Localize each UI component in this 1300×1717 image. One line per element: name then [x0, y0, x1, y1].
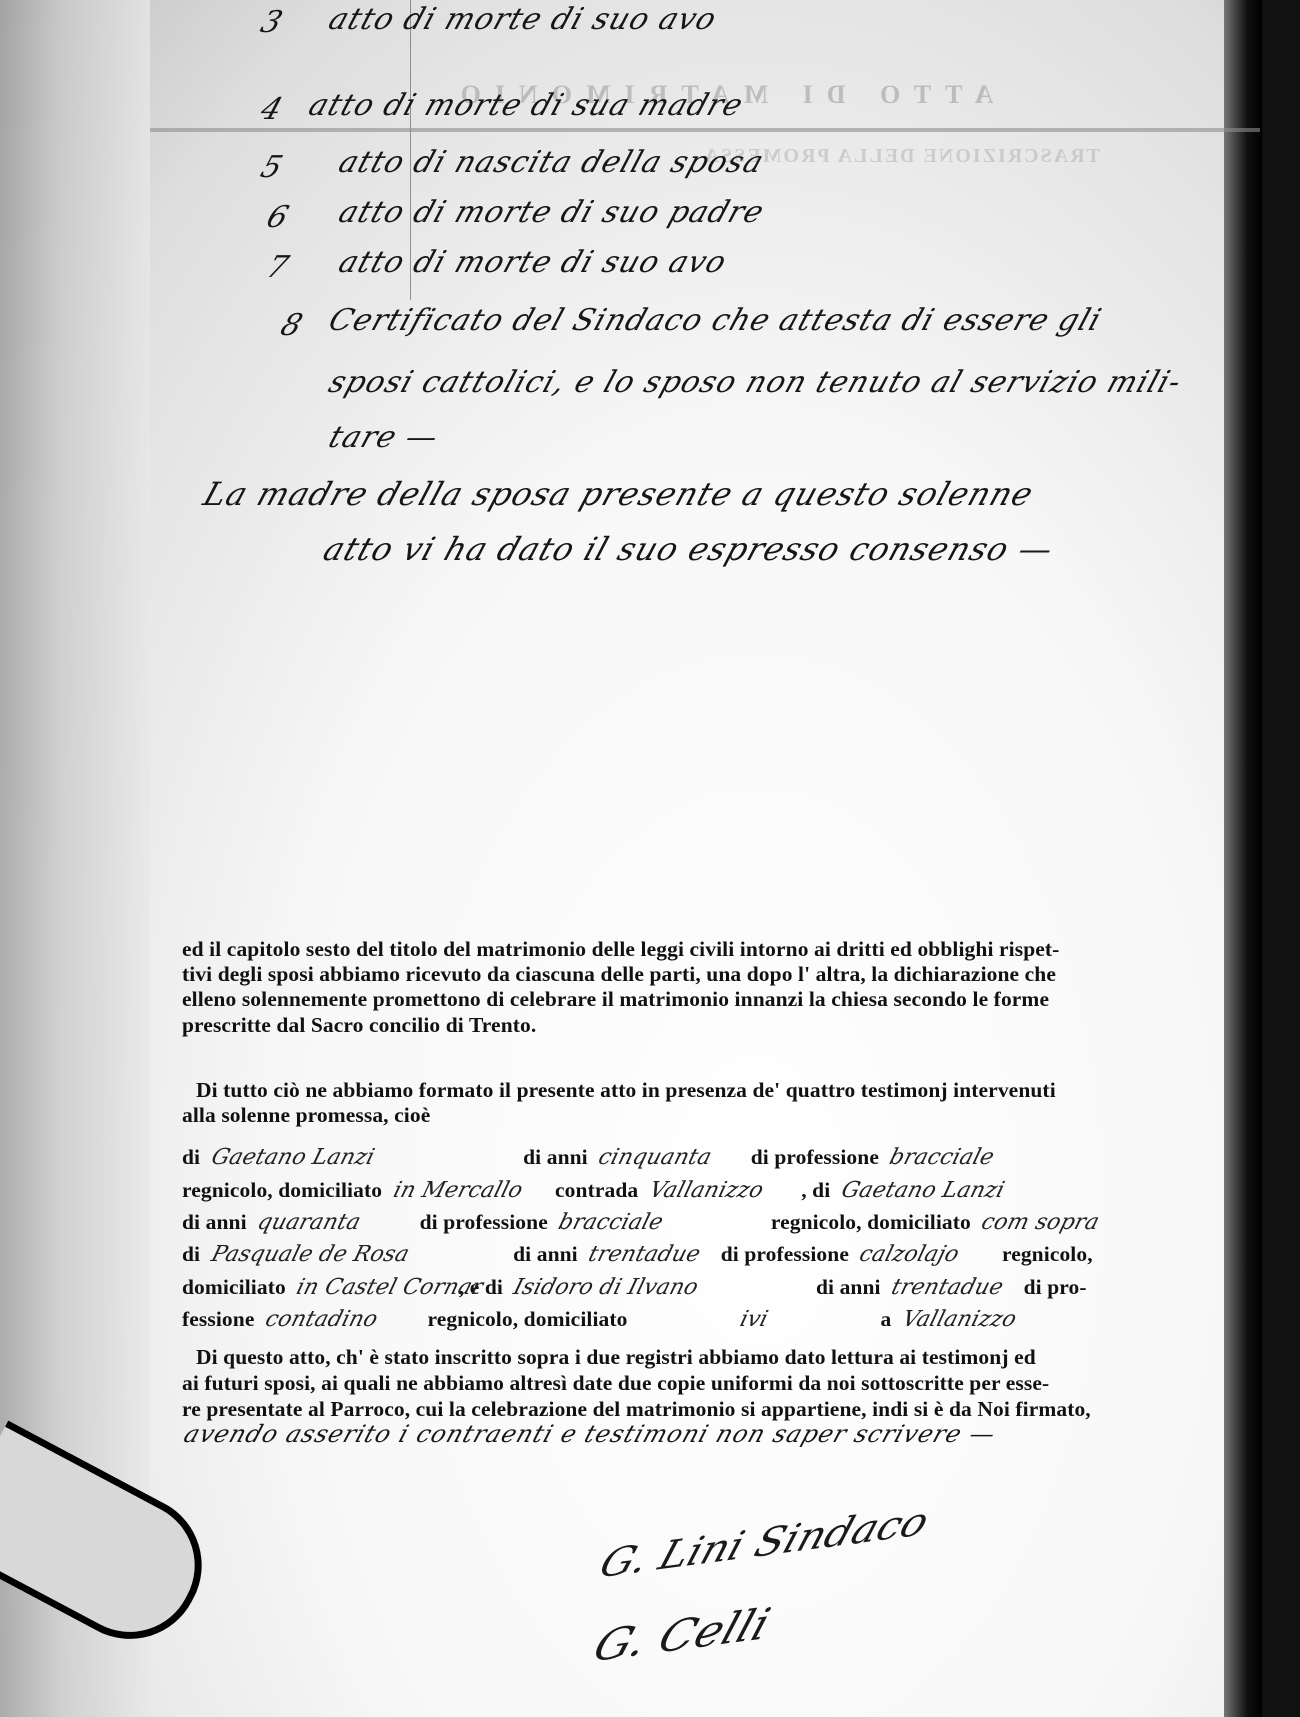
witness-1-profession: bracciale	[881, 1145, 1003, 1170]
witness-2-age: quaranta	[249, 1210, 418, 1235]
handwritten-note: La madre della sposa presente a questo s…	[199, 475, 1039, 513]
printed-line: prescritte dal Sacro concilio di Trento.	[182, 1013, 1262, 1038]
list-number: 3	[256, 5, 287, 40]
printed-line: elleno solennemente promettono di celebr…	[182, 987, 1262, 1012]
witness-3-name: Pasquale de Rosa	[202, 1242, 511, 1267]
witness-2-name: Gaetano Lanzi	[832, 1178, 1013, 1203]
list-item-continued: tare —	[324, 420, 443, 455]
label: regnicolo, domiciliato	[771, 1210, 971, 1234]
bleed-through-rule	[150, 128, 1260, 132]
signature: G. Lini Sindaco	[594, 1499, 934, 1587]
printed-line: re presentate al Parroco, cui la celebra…	[182, 1397, 1262, 1422]
list-item: atto di morte di suo padre	[334, 195, 769, 230]
witness-line-6: fessione contadino regnicolo, domiciliat…	[182, 1307, 1262, 1332]
printed-line: ai futuri sposi, ai quali ne abbiamo alt…	[182, 1371, 1262, 1396]
label: di professione	[721, 1242, 849, 1266]
label: , di	[801, 1178, 830, 1202]
label: fessione	[182, 1307, 254, 1331]
page-edge-shadow	[1224, 0, 1262, 1717]
witness-2-residence: com sopra	[973, 1210, 1108, 1235]
witness-1-residence: in Mercallo	[384, 1178, 553, 1203]
witness-4-age: trentadue	[883, 1275, 1022, 1300]
label: regnicolo,	[1002, 1242, 1093, 1266]
label: di pro-	[1024, 1275, 1087, 1299]
list-item: atto di morte di suo avo	[334, 245, 731, 280]
witness-4-residence: ivi	[630, 1307, 879, 1332]
printed-line: ed il capitolo sesto del titolo del matr…	[182, 937, 1262, 962]
witness-line-4: di Pasquale de Rosa di anni trentadue di…	[182, 1242, 1262, 1267]
witness-3-profession: calzolajo	[851, 1242, 1000, 1267]
label: di anni	[182, 1210, 247, 1234]
handwritten-closing: avendo asserito i contraenti e testimoni…	[180, 1420, 999, 1448]
printed-line: tivi degli sposi abbiamo ricevuto da cia…	[182, 962, 1262, 987]
list-number: 5	[256, 150, 287, 185]
list-item: atto di morte di sua madre	[304, 88, 748, 123]
witness-line-3: di anni quaranta di professione braccial…	[182, 1210, 1262, 1235]
witness-2-profession: bracciale	[550, 1210, 769, 1235]
label: regnicolo, domiciliato	[427, 1307, 627, 1331]
label: di anni	[513, 1242, 578, 1266]
witness-1-street: Vallanizzo	[640, 1178, 799, 1203]
document-page: ATTO DI MATRIMONIO TRASCRIZIONE DELLA PR…	[0, 0, 1262, 1717]
label: regnicolo, domiciliato	[182, 1178, 382, 1202]
list-item-continued: sposi cattolici, e lo sposo non tenuto a…	[324, 365, 1186, 400]
printed-line: Di questo atto, ch' è stato inscritto so…	[182, 1345, 1262, 1370]
label: di anni	[816, 1275, 881, 1299]
label: di	[182, 1242, 200, 1266]
list-number: 8	[276, 308, 307, 343]
handwritten-note: atto vi ha dato il suo espresso consenso…	[319, 530, 1059, 568]
witness-3-residence: in Castel Cornar	[288, 1275, 457, 1300]
witness-line-2: regnicolo, domiciliato in Mercallo contr…	[182, 1178, 1262, 1203]
printed-line: Di tutto ciò ne abbiamo formato il prese…	[182, 1078, 1262, 1103]
witness-3-age: trentadue	[580, 1242, 719, 1267]
label: domiciliato	[182, 1275, 286, 1299]
label: di	[182, 1145, 200, 1169]
label: di professione	[420, 1210, 548, 1234]
witness-1-age: cinquanta	[590, 1145, 749, 1170]
list-number: 6	[262, 200, 293, 235]
witness-1-name: Gaetano Lanzi	[202, 1145, 521, 1170]
printed-line: alla solenne promessa, cioè	[182, 1103, 1262, 1128]
list-item: Certificato del Sindaco che attesta di e…	[324, 303, 1106, 338]
list-item: atto di nascita della sposa	[334, 145, 768, 180]
label: di professione	[751, 1145, 879, 1169]
label: contrada	[555, 1178, 638, 1202]
witness-4-name: Isidoro di Ilvano	[505, 1275, 814, 1300]
witness-line-5: domiciliato in Castel Cornar , e di Isid…	[182, 1275, 1262, 1300]
signature: G. Celli	[587, 1599, 776, 1672]
list-number: 7	[262, 250, 293, 285]
list-item: atto di morte di suo avo	[324, 2, 721, 37]
witness-4-place: Vallanizzo	[893, 1307, 1025, 1332]
witness-4-profession: contadino	[257, 1307, 426, 1332]
label: a	[880, 1307, 891, 1331]
witness-line-1: di Gaetano Lanzi di anni cinquanta di pr…	[182, 1145, 1262, 1170]
label: di anni	[523, 1145, 588, 1169]
